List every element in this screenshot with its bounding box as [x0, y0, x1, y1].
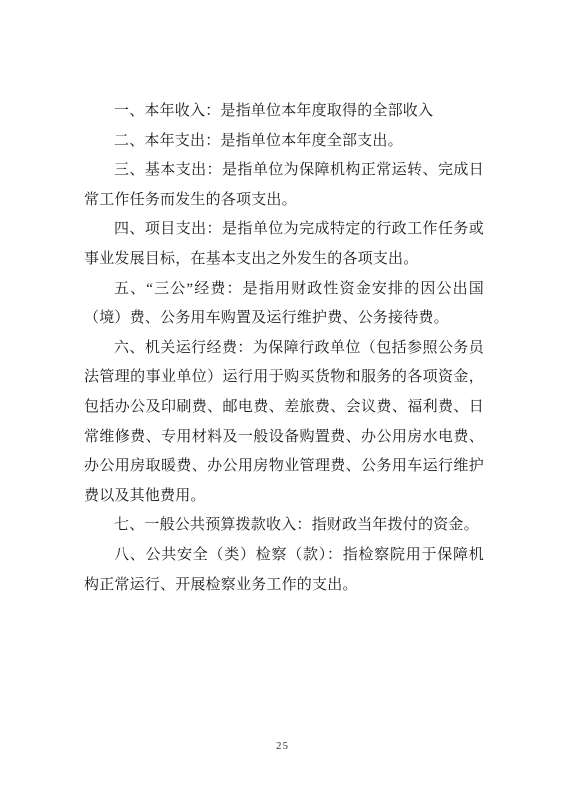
definition-paragraph-2: 二、本年支出：是指单位本年度全部支出。 [84, 127, 484, 157]
text-content: 一、本年收入：是指单位本年度取得的全部收入 二、本年支出：是指单位本年度全部支出… [84, 97, 484, 600]
definition-paragraph-8: 八、公共安全（类）检察（款）：指检察院用于保障机构正常运行、开展检察业务工作的支… [84, 541, 484, 600]
definition-paragraph-7: 七、一般公共预算拨款收入：指财政当年拨付的资金。 [84, 511, 484, 541]
definition-paragraph-4: 四、项目支出：是指单位为完成特定的行政工作任务或事业发展目标，在基本支出之外发生… [84, 215, 484, 274]
page-number: 25 [0, 740, 565, 752]
definition-paragraph-5: 五、“三公”经费：是指用财政性资金安排的因公出国（境）费、公务用车购置及运行维护… [84, 275, 484, 334]
definition-paragraph-1: 一、本年收入：是指单位本年度取得的全部收入 [84, 97, 484, 127]
document-page: 一、本年收入：是指单位本年度取得的全部收入 二、本年支出：是指单位本年度全部支出… [0, 0, 565, 800]
definition-paragraph-6: 六、机关运行经费：为保障行政单位（包括参照公务员法管理的事业单位）运行用于购买货… [84, 334, 484, 512]
definition-paragraph-3: 三、基本支出：是指单位为保障机构正常运转、完成日常工作任务而发生的各项支出。 [84, 156, 484, 215]
